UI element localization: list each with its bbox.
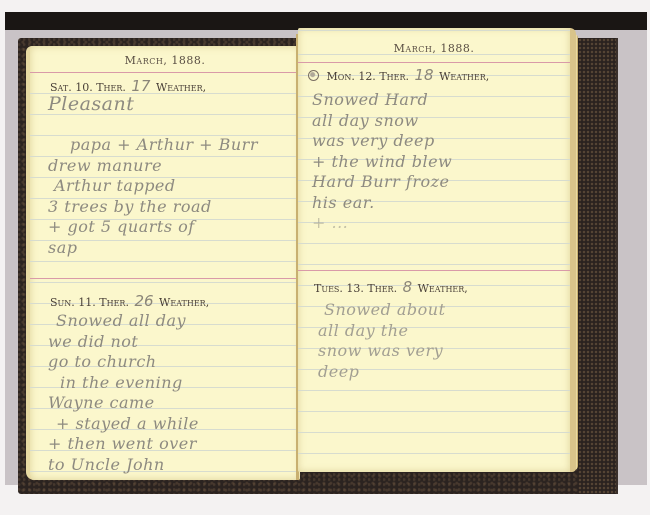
- handwritten-line: drew manure: [48, 156, 292, 177]
- entry-day: Mon. 12.: [327, 70, 376, 83]
- right-page: March, 1888. Mon. 12. Ther. 18 Weather, …: [298, 28, 576, 472]
- diary-back-cover-edge: [578, 38, 618, 494]
- handwritten-line: in the evening: [48, 373, 292, 394]
- handwritten-line: 3 trees by the road: [48, 197, 292, 218]
- ther-value: 18: [415, 66, 434, 84]
- handwritten-line: Arthur tapped: [48, 176, 292, 197]
- left-page: March, 1888. Sat. 10. Ther. 17 Weather, …: [26, 46, 300, 480]
- ther-value: 8: [403, 278, 413, 296]
- handwritten-line: Snowed all day: [48, 311, 292, 332]
- entry-day: Tues. 13.: [314, 282, 364, 295]
- handwritten-line: was very deep: [312, 131, 562, 152]
- handwritten-line: all day snow: [312, 111, 562, 132]
- moon-phase-icon: [308, 70, 319, 81]
- handwritten-line: [48, 115, 292, 136]
- entry-header-tues-13: Tues. 13. Ther. 8 Weather,: [314, 278, 468, 296]
- ther-value: 17: [131, 77, 150, 95]
- entry-text-tues-13: Snowed about all day the snow was very d…: [318, 300, 562, 382]
- entry-day: Sun. 11.: [50, 296, 96, 309]
- weather-label: Weather,: [156, 81, 206, 94]
- handwritten-line: all day the: [318, 321, 562, 342]
- handwritten-line: Pleasant: [48, 94, 292, 115]
- handwritten-line: to Uncle John: [48, 455, 292, 476]
- entry-divider-rule: [30, 278, 300, 279]
- header-rule: [30, 72, 300, 73]
- handwritten-line: Hard Burr froze: [312, 172, 562, 193]
- ther-value: 26: [134, 292, 153, 310]
- weather-label: Weather,: [439, 70, 489, 83]
- entry-text-sat-10: Pleasant papa + Arthur + Burr drew manur…: [48, 94, 292, 258]
- handwritten-line: we did not: [48, 332, 292, 353]
- handwritten-line: + stayed a while: [48, 414, 292, 435]
- entry-text-sun-11: Snowed all day we did not go to church i…: [48, 311, 292, 475]
- weather-label: Weather,: [159, 296, 209, 309]
- ther-label: Ther.: [367, 282, 397, 295]
- ther-label: Ther.: [99, 296, 129, 309]
- handwritten-line: + got 5 quarts of: [48, 217, 292, 238]
- handwritten-line: deep: [318, 362, 562, 383]
- entry-text-mon-12: Snowed Hard all day snow was very deep +…: [312, 90, 562, 234]
- handwritten-line: Snowed about: [318, 300, 562, 321]
- handwritten-line: Snowed Hard: [312, 90, 562, 111]
- handwritten-line: papa + Arthur + Burr: [48, 135, 292, 156]
- month-header: March, 1888.: [30, 54, 300, 67]
- handwritten-line: sap: [48, 238, 292, 259]
- entry-header-mon-12: Mon. 12. Ther. 18 Weather,: [308, 66, 489, 84]
- handwritten-line: + ...: [312, 213, 562, 234]
- handwritten-line: Wayne came: [48, 393, 292, 414]
- month-header: March, 1888.: [298, 42, 570, 55]
- handwritten-line: + the wind blew: [312, 152, 562, 173]
- handwritten-line: snow was very: [318, 341, 562, 362]
- header-rule: [298, 62, 570, 63]
- handwritten-line: his ear.: [312, 193, 562, 214]
- handwritten-line: go to church: [48, 352, 292, 373]
- handwritten-line: + then went over: [48, 434, 292, 455]
- entry-header-sun-11: Sun. 11. Ther. 26 Weather,: [50, 292, 209, 310]
- entry-divider-rule: [298, 270, 570, 271]
- ther-label: Ther.: [379, 70, 409, 83]
- weather-label: Weather,: [418, 282, 468, 295]
